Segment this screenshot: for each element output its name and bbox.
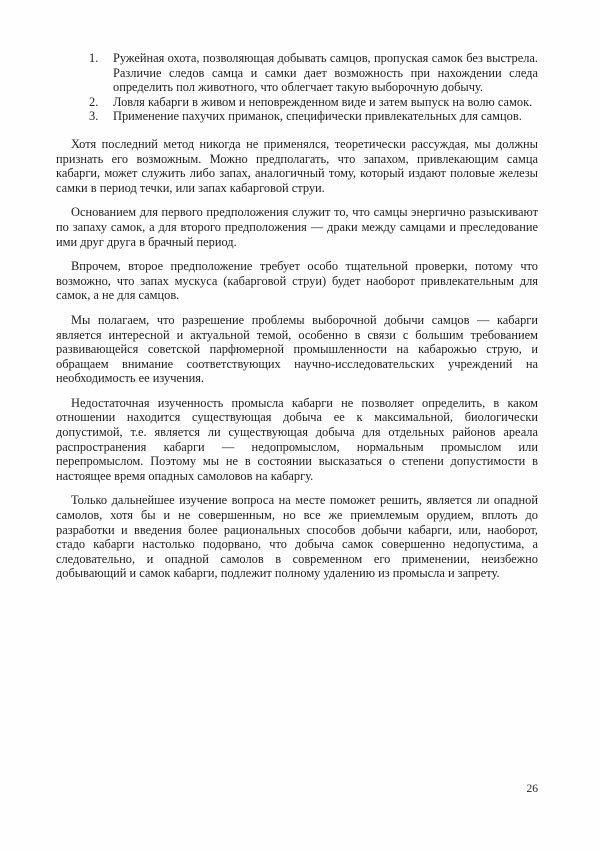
list-item-text: Ловля кабарги в живом и неповрежденном в… xyxy=(113,95,538,110)
paragraph: Основанием для первого предположения слу… xyxy=(56,205,538,249)
numbered-list: 1. Ружейная охота, позволяющая добывать … xyxy=(56,51,538,124)
list-item: 1. Ружейная охота, позволяющая добывать … xyxy=(56,51,538,95)
paragraph: Только дальнейшее изучение вопроса на ме… xyxy=(56,493,538,581)
document-page: 1. Ружейная охота, позволяющая добывать … xyxy=(0,0,600,850)
list-item: 2. Ловля кабарги в живом и неповрежденно… xyxy=(56,95,538,110)
page-content: 1. Ружейная охота, позволяющая добывать … xyxy=(56,51,538,581)
list-item-text: Ружейная охота, позволяющая добывать сам… xyxy=(113,51,538,95)
list-item-number: 2. xyxy=(89,95,113,110)
list-item: 3. Применение пахучих приманок, специфич… xyxy=(56,109,538,124)
page-number: 26 xyxy=(527,783,539,796)
paragraph: Мы полагаем, что разрешение проблемы выб… xyxy=(56,313,538,386)
paragraph: Недостаточная изученность промысла кабар… xyxy=(56,396,538,484)
list-item-text: Применение пахучих приманок, специфическ… xyxy=(113,109,538,124)
list-item-number: 3. xyxy=(89,109,113,124)
paragraph: Хотя последний метод никогда не применял… xyxy=(56,137,538,195)
list-item-number: 1. xyxy=(89,51,113,95)
paragraph: Впрочем, второе предположение требует ос… xyxy=(56,259,538,303)
